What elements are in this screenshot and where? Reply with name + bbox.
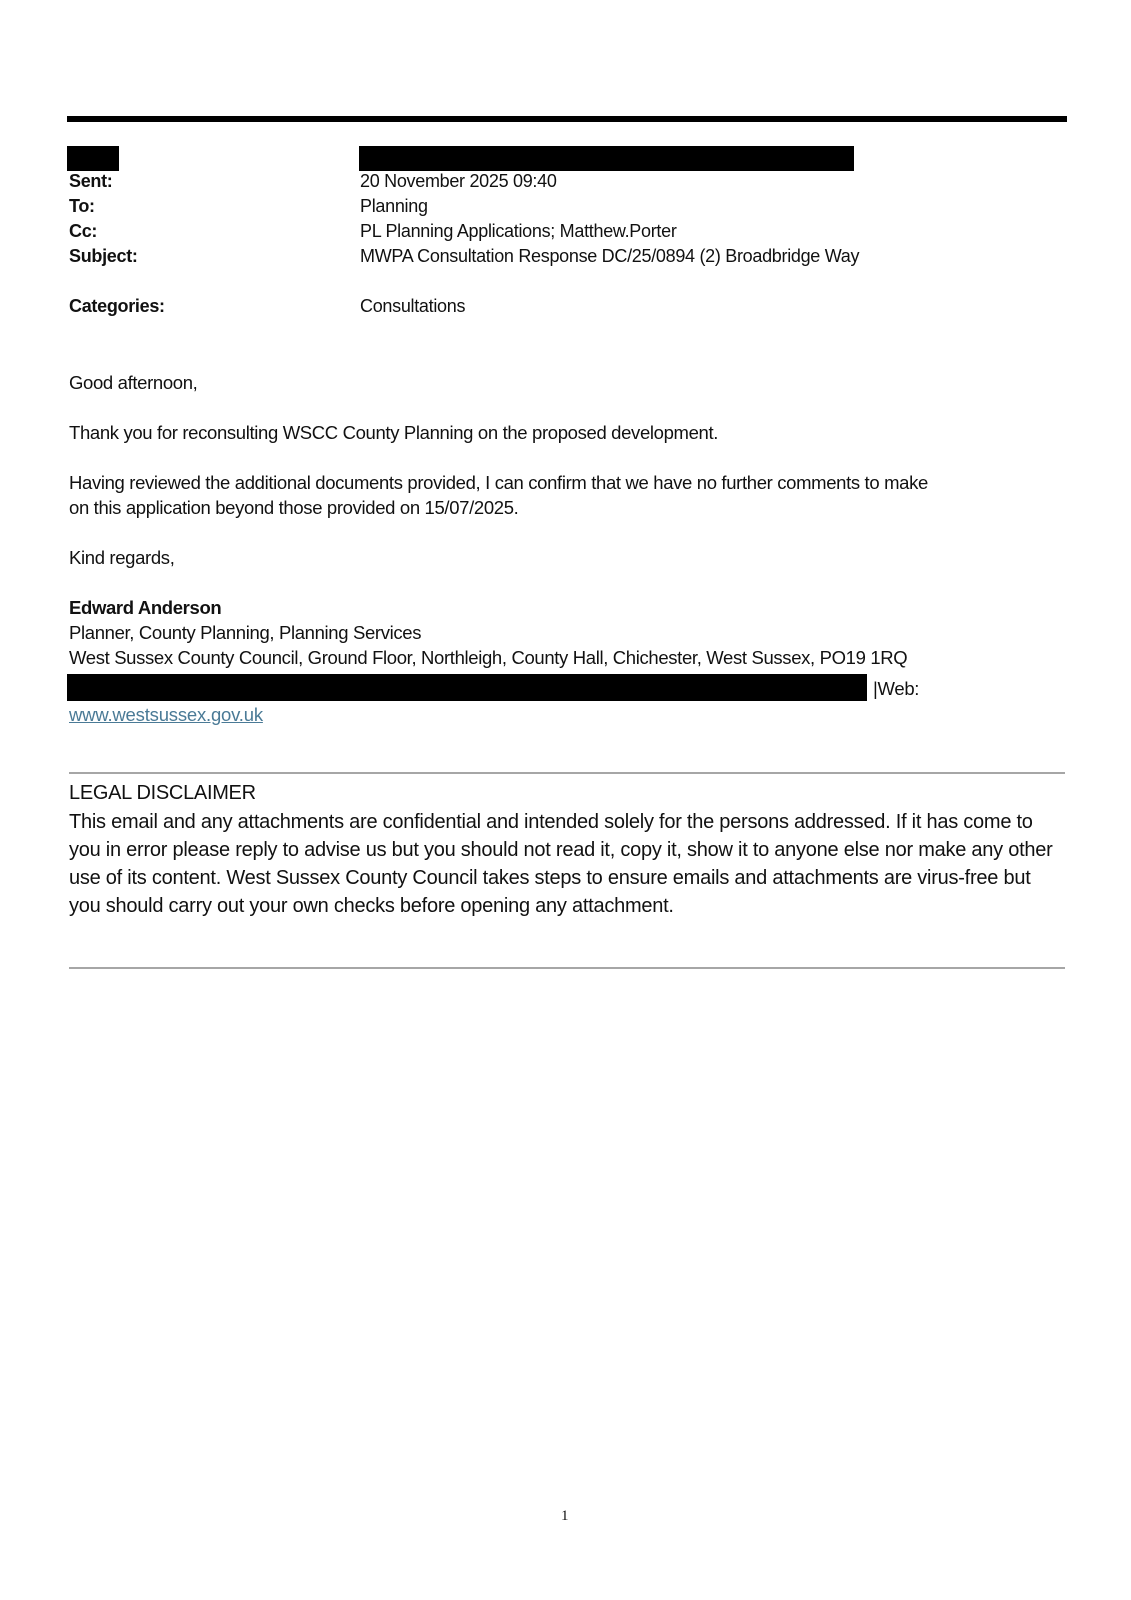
website-link[interactable]: www.westsussex.gov.uk xyxy=(69,704,263,726)
body-paragraph-2-line-1: Having reviewed the additional documents… xyxy=(69,470,928,495)
disclaimer-text: This email and any attachments are confi… xyxy=(69,808,1059,920)
sent-value: 20 November 2025 09:40 xyxy=(360,171,557,192)
categories-label: Categories: xyxy=(69,296,165,317)
web-label: |Web: xyxy=(873,678,919,700)
closing: Kind regards, xyxy=(69,545,174,570)
sent-label: Sent: xyxy=(69,171,113,192)
page-number: 1 xyxy=(561,1508,569,1525)
signature-title: Planner, County Planning, Planning Servi… xyxy=(69,620,421,645)
to-label: To: xyxy=(69,196,95,217)
cc-label: Cc: xyxy=(69,221,97,242)
disclaimer-top-rule xyxy=(69,772,1065,774)
cc-value: PL Planning Applications; Matthew.Porter xyxy=(360,221,677,242)
subject-label: Subject: xyxy=(69,246,138,267)
signature-name: Edward Anderson xyxy=(69,595,221,620)
to-value: Planning xyxy=(360,196,428,217)
redacted-from-label xyxy=(67,146,119,171)
body-paragraph-1: Thank you for reconsulting WSCC County P… xyxy=(69,420,718,445)
redacted-from-value xyxy=(359,146,854,171)
disclaimer-title: LEGAL DISCLAIMER xyxy=(69,782,256,805)
greeting: Good afternoon, xyxy=(69,370,197,395)
body-paragraph-2-line-2: on this application beyond those provide… xyxy=(69,495,518,520)
redacted-contact-details xyxy=(67,674,867,701)
disclaimer-bottom-rule xyxy=(69,967,1065,969)
signature-address: West Sussex County Council, Ground Floor… xyxy=(69,645,907,670)
header-top-rule xyxy=(67,116,1067,122)
categories-value: Consultations xyxy=(360,296,465,317)
subject-value: MWPA Consultation Response DC/25/0894 (2… xyxy=(360,246,859,267)
